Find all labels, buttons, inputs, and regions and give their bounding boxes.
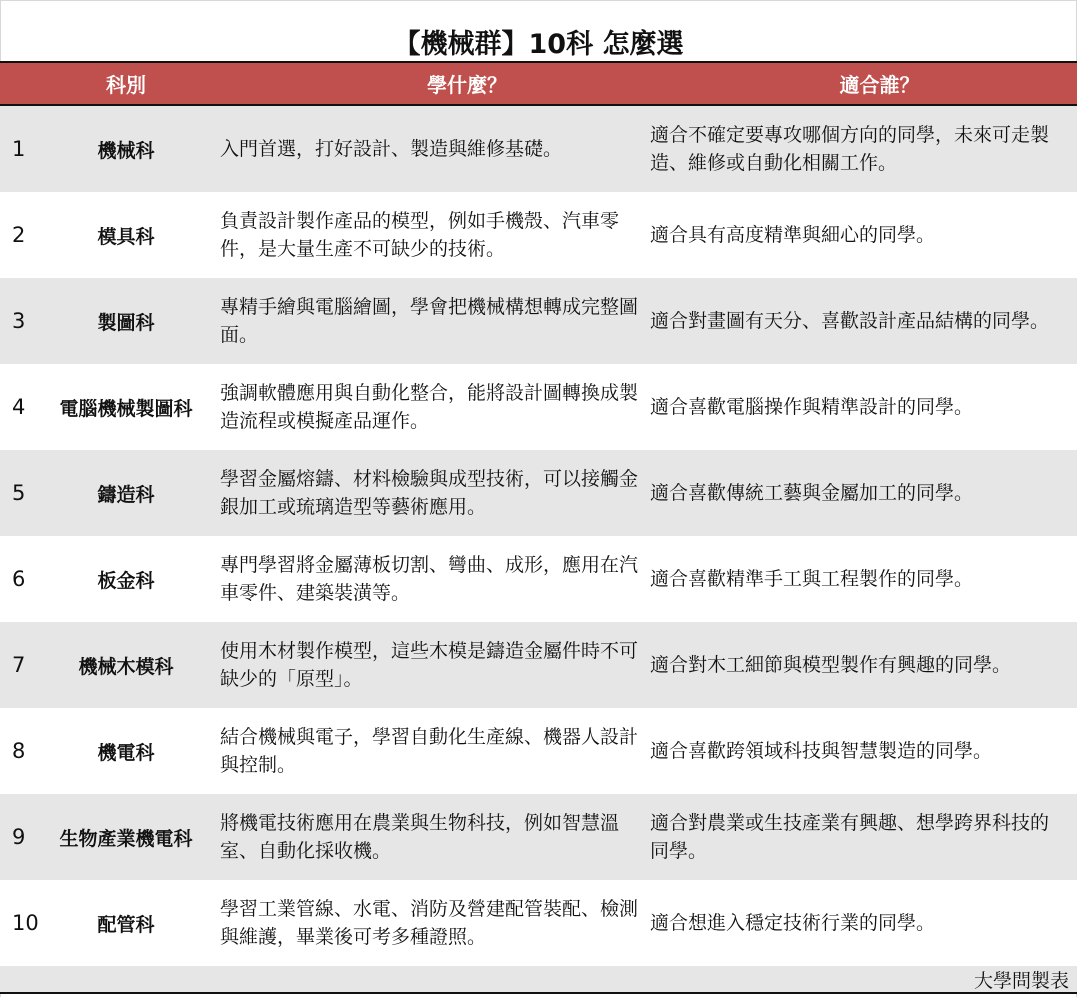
department-name: 電腦機械製圖科 [40, 394, 212, 421]
department-name: 生物產業機電科 [40, 824, 212, 851]
fit-description: 適合想進入穩定技術行業的同學。 [640, 909, 1077, 937]
row-number: 9 [0, 825, 40, 849]
learn-description: 學習金屬熔鑄、材料檢驗與成型技術，可以接觸金銀加工或琉璃造型等藝術應用。 [212, 465, 640, 521]
page-title: 【機械群】10科 怎麼選 [0, 0, 1077, 61]
learn-description: 結合機械與電子，學習自動化生產線、機器人設計與控制。 [212, 723, 640, 779]
learn-description: 使用木材製作模型，這些木模是鑄造金屬件時不可缺少的「原型」。 [212, 637, 640, 693]
department-name: 機電科 [40, 738, 212, 765]
table-row: 3 製圖科 專精手繪與電腦繪圖，學會把機械構想轉成完整圖面。 適合對畫圖有天分、… [0, 278, 1077, 364]
row-number: 1 [0, 137, 40, 161]
header-fit: 適合誰？ [682, 69, 1077, 98]
fit-description: 適合喜歡電腦操作與精準設計的同學。 [640, 393, 1077, 421]
learn-description: 專精手繪與電腦繪圖，學會把機械構想轉成完整圖面。 [212, 293, 640, 349]
comparison-table: 科別 學什麼？ 適合誰？ 1 機械科 入門首選，打好設計、製造與維修基礎。 適合… [0, 61, 1077, 994]
fit-description: 適合喜歡精準手工與工程製作的同學。 [640, 565, 1077, 593]
table-row: 7 機械木模科 使用木材製作模型，這些木模是鑄造金屬件時不可缺少的「原型」。 適… [0, 622, 1077, 708]
table-footer: 大學問製表 [0, 966, 1077, 994]
table-row: 5 鑄造科 學習金屬熔鑄、材料檢驗與成型技術，可以接觸金銀加工或琉璃造型等藝術應… [0, 450, 1077, 536]
table-row: 4 電腦機械製圖科 強調軟體應用與自動化整合，能將設計圖轉換成製造流程或模擬產品… [0, 364, 1077, 450]
department-name: 鑄造科 [40, 480, 212, 507]
department-name: 模具科 [40, 222, 212, 249]
row-number: 8 [0, 739, 40, 763]
learn-description: 將機電技術應用在農業與生物科技，例如智慧溫室、自動化採收機。 [212, 809, 640, 865]
department-name: 板金科 [40, 566, 212, 593]
header-learn: 學什麼？ [252, 69, 682, 98]
fit-description: 適合不確定要專攻哪個方向的同學，未來可走製造、維修或自動化相關工作。 [640, 121, 1077, 177]
row-number: 4 [0, 395, 40, 419]
table-header: 科別 學什麼？ 適合誰？ [0, 61, 1077, 106]
fit-description: 適合喜歡跨領域科技與智慧製造的同學。 [640, 737, 1077, 765]
department-name: 機械木模科 [40, 652, 212, 679]
learn-description: 專門學習將金屬薄板切割、彎曲、成形，應用在汽車零件、建築裝潢等。 [212, 551, 640, 607]
table-row: 6 板金科 專門學習將金屬薄板切割、彎曲、成形，應用在汽車零件、建築裝潢等。 適… [0, 536, 1077, 622]
fit-description: 適合對農業或生技產業有興趣、想學跨界科技的同學。 [640, 809, 1077, 865]
table-row: 8 機電科 結合機械與電子，學習自動化生產線、機器人設計與控制。 適合喜歡跨領域… [0, 708, 1077, 794]
fit-description: 適合具有高度精準與細心的同學。 [640, 221, 1077, 249]
learn-description: 負責設計製作產品的模型，例如手機殼、汽車零件，是大量生產不可缺少的技術。 [212, 207, 640, 263]
learn-description: 學習工業管線、水電、消防及營建配管裝配、檢測與維護，畢業後可考多種證照。 [212, 895, 640, 951]
department-name: 機械科 [40, 136, 212, 163]
learn-description: 入門首選，打好設計、製造與維修基礎。 [212, 135, 640, 163]
row-number: 5 [0, 481, 40, 505]
department-name: 製圖科 [40, 308, 212, 335]
row-number: 10 [0, 911, 40, 935]
row-number: 6 [0, 567, 40, 591]
table-row: 10 配管科 學習工業管線、水電、消防及營建配管裝配、檢測與維護，畢業後可考多種… [0, 880, 1077, 966]
fit-description: 適合對畫圖有天分、喜歡設計產品結構的同學。 [640, 307, 1077, 335]
row-number: 3 [0, 309, 40, 333]
table-row: 1 機械科 入門首選，打好設計、製造與維修基礎。 適合不確定要專攻哪個方向的同學… [0, 106, 1077, 192]
learn-description: 強調軟體應用與自動化整合，能將設計圖轉換成製造流程或模擬產品運作。 [212, 379, 640, 435]
fit-description: 適合對木工細節與模型製作有興趣的同學。 [640, 651, 1077, 679]
table-row: 2 模具科 負責設計製作產品的模型，例如手機殼、汽車零件，是大量生產不可缺少的技… [0, 192, 1077, 278]
table-row: 9 生物產業機電科 將機電技術應用在農業與生物科技，例如智慧溫室、自動化採收機。… [0, 794, 1077, 880]
header-department: 科別 [0, 69, 252, 98]
department-name: 配管科 [40, 910, 212, 937]
credit-text: 大學問製表 [974, 966, 1069, 993]
row-number: 7 [0, 653, 40, 677]
fit-description: 適合喜歡傳統工藝與金屬加工的同學。 [640, 479, 1077, 507]
row-number: 2 [0, 223, 40, 247]
